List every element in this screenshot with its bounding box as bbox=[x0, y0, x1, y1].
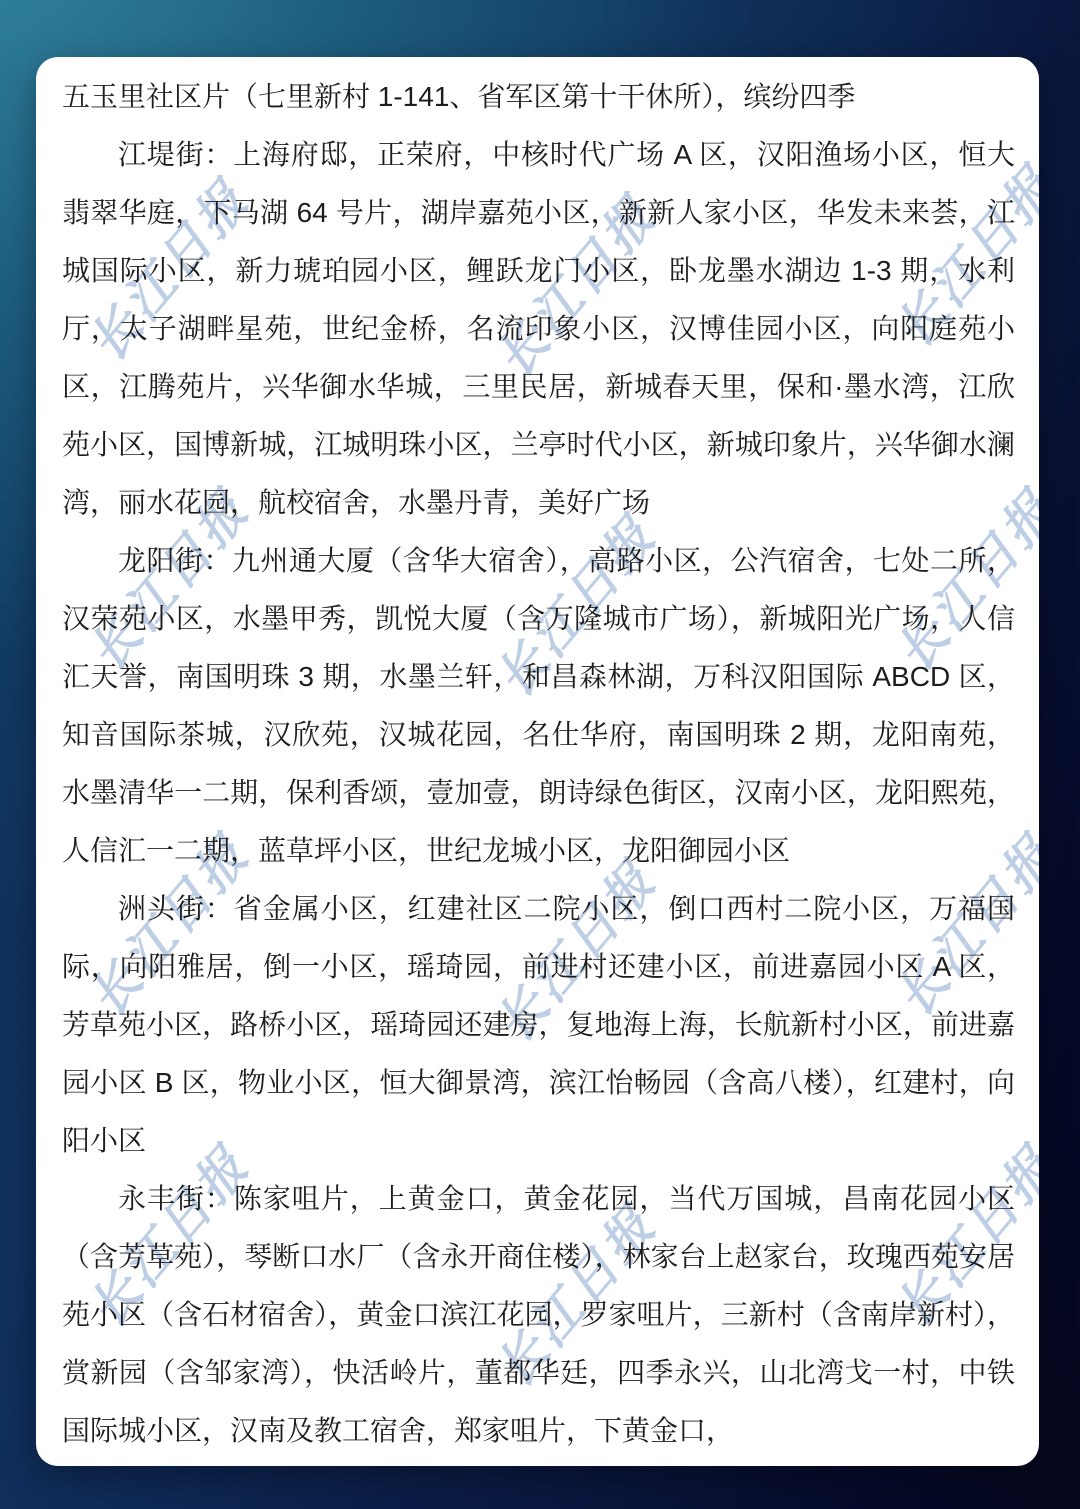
paragraph-yongfeng-street: 永丰街：陈家咀片，上黄金口，黄金花园，当代万国城，昌南花园小区（含芳草苑），琴断… bbox=[62, 1170, 1015, 1460]
page-background: 长江日报 长江日报 长江日报 长江日报 长江日报 长江日报 长江日报 长江日报 … bbox=[0, 0, 1080, 1509]
document-text: 五玉里社区片（七里新村 1-141、省军区第十干休所），缤纷四季 江堤街：上海府… bbox=[36, 57, 1039, 1460]
paragraph-longyang-street: 龙阳街：九州通大厦（含华大宿舍），高路小区，公汽宿舍，七处二所，汉荣苑小区，水墨… bbox=[62, 532, 1015, 880]
paragraph-zhoutou-street: 洲头街：省金属小区，红建社区二院小区，倒口西村二院小区，万福国际，向阳雅居，倒一… bbox=[62, 880, 1015, 1170]
document-card: 长江日报 长江日报 长江日报 长江日报 长江日报 长江日报 长江日报 长江日报 … bbox=[36, 57, 1039, 1466]
paragraph-intro: 五玉里社区片（七里新村 1-141、省军区第十干休所），缤纷四季 bbox=[62, 68, 1015, 126]
paragraph-jiangdi-street: 江堤街：上海府邸，正荣府，中核时代广场 A 区，汉阳渔场小区，恒大翡翠华庭，下马… bbox=[62, 126, 1015, 532]
